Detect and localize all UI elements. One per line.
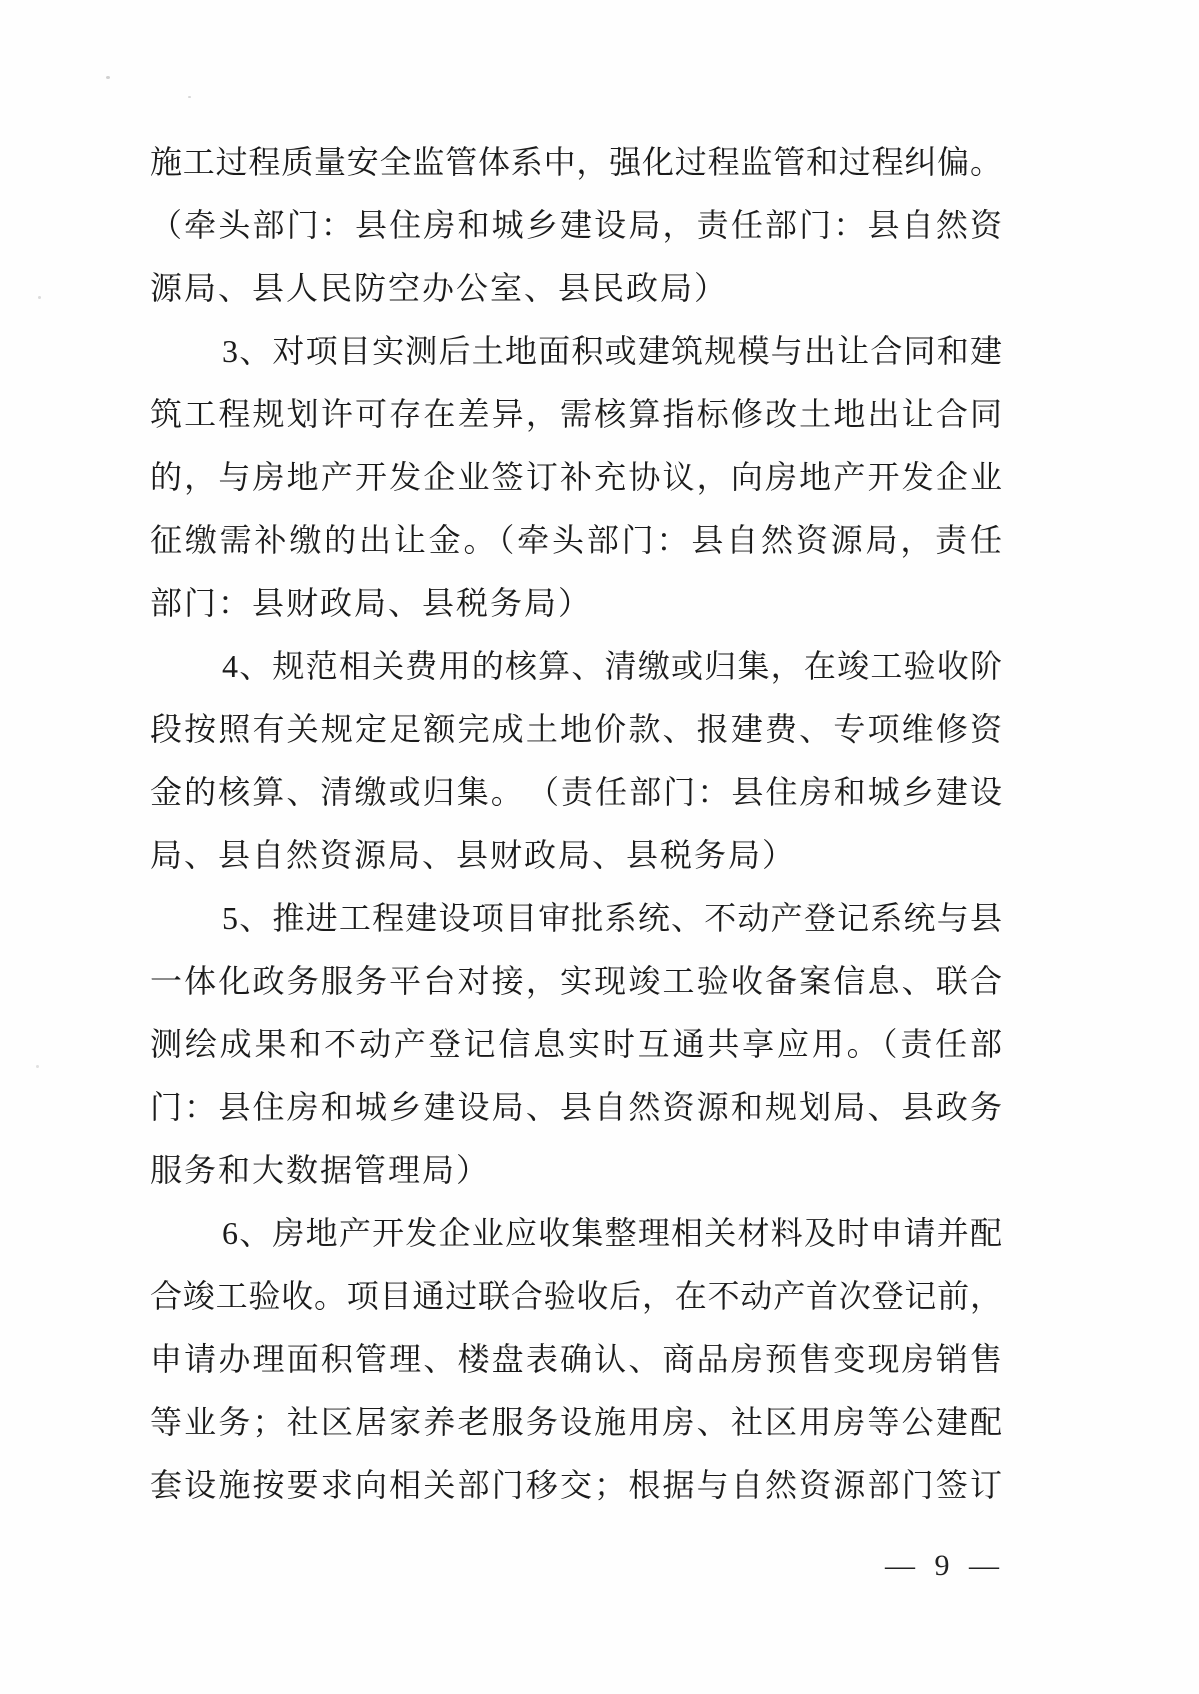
scan-speckle	[106, 76, 110, 79]
document-body: 施工过程质量安全监管体系中，强化过程监管和过程纠偏。 （牵头部门：县住房和城乡建…	[150, 131, 1002, 1517]
text-line: 3、对项目实测后土地面积或建筑规模与出让合同和建	[150, 320, 1002, 383]
text-line: 金的核算、清缴或归集。 （责任部门：县住房和城乡建设	[150, 761, 1002, 824]
page-number: — 9 —	[150, 1546, 1005, 1586]
text-line: 的，与房地产开发企业签订补充协议，向房地产开发企业	[150, 446, 1002, 509]
text-line: 征缴需补缴的出让金。（牵头部门：县自然资源局，责任	[150, 509, 1002, 572]
text-line: 测绘成果和不动产登记信息实时互通共享应用。（责任部	[150, 1013, 1002, 1076]
text-line: 4、规范相关费用的核算、清缴或归集，在竣工验收阶	[150, 635, 1002, 698]
text-line: 申请办理面积管理、楼盘表确认、商品房预售变现房销售	[150, 1328, 1002, 1391]
text-line: 门：县住房和城乡建设局、县自然资源和规划局、县政务	[150, 1076, 1002, 1139]
text-line: 局、县自然资源局、县财政局、县税务局）	[150, 824, 1002, 887]
scan-speckle	[36, 1065, 39, 1068]
text-line: 部门：县财政局、县税务局）	[150, 572, 1002, 635]
text-line: 5、推进工程建设项目审批系统、不动产登记系统与县	[150, 887, 1002, 950]
text-line: 合竣工验收。项目通过联合验收后，在不动产首次登记前，	[150, 1265, 1002, 1328]
text-line: 一体化政务服务平台对接，实现竣工验收备案信息、联合	[150, 950, 1002, 1013]
text-line: 等业务；社区居家养老服务设施用房、社区用房等公建配	[150, 1391, 1002, 1454]
scan-speckle	[38, 296, 41, 299]
text-line: 套设施按要求向相关部门移交；根据与自然资源部门签订	[150, 1454, 1002, 1517]
text-line: 筑工程规划许可存在差异，需核算指标修改土地出让合同	[150, 383, 1002, 446]
text-line: 施工过程质量安全监管体系中，强化过程监管和过程纠偏。	[150, 131, 1002, 194]
text-line: 6、房地产开发企业应收集整理相关材料及时申请并配	[150, 1202, 1002, 1265]
text-line: 段按照有关规定足额完成土地价款、报建费、专项维修资	[150, 698, 1002, 761]
text-line: 源局、县人民防空办公室、县民政局）	[150, 257, 1002, 320]
text-line: （牵头部门：县住房和城乡建设局，责任部门：县自然资	[150, 194, 1002, 257]
text-line: 服务和大数据管理局）	[150, 1139, 1002, 1202]
scanned-document-page: 施工过程质量安全监管体系中，强化过程监管和过程纠偏。 （牵头部门：县住房和城乡建…	[0, 0, 1199, 1694]
scan-speckle	[188, 96, 191, 98]
